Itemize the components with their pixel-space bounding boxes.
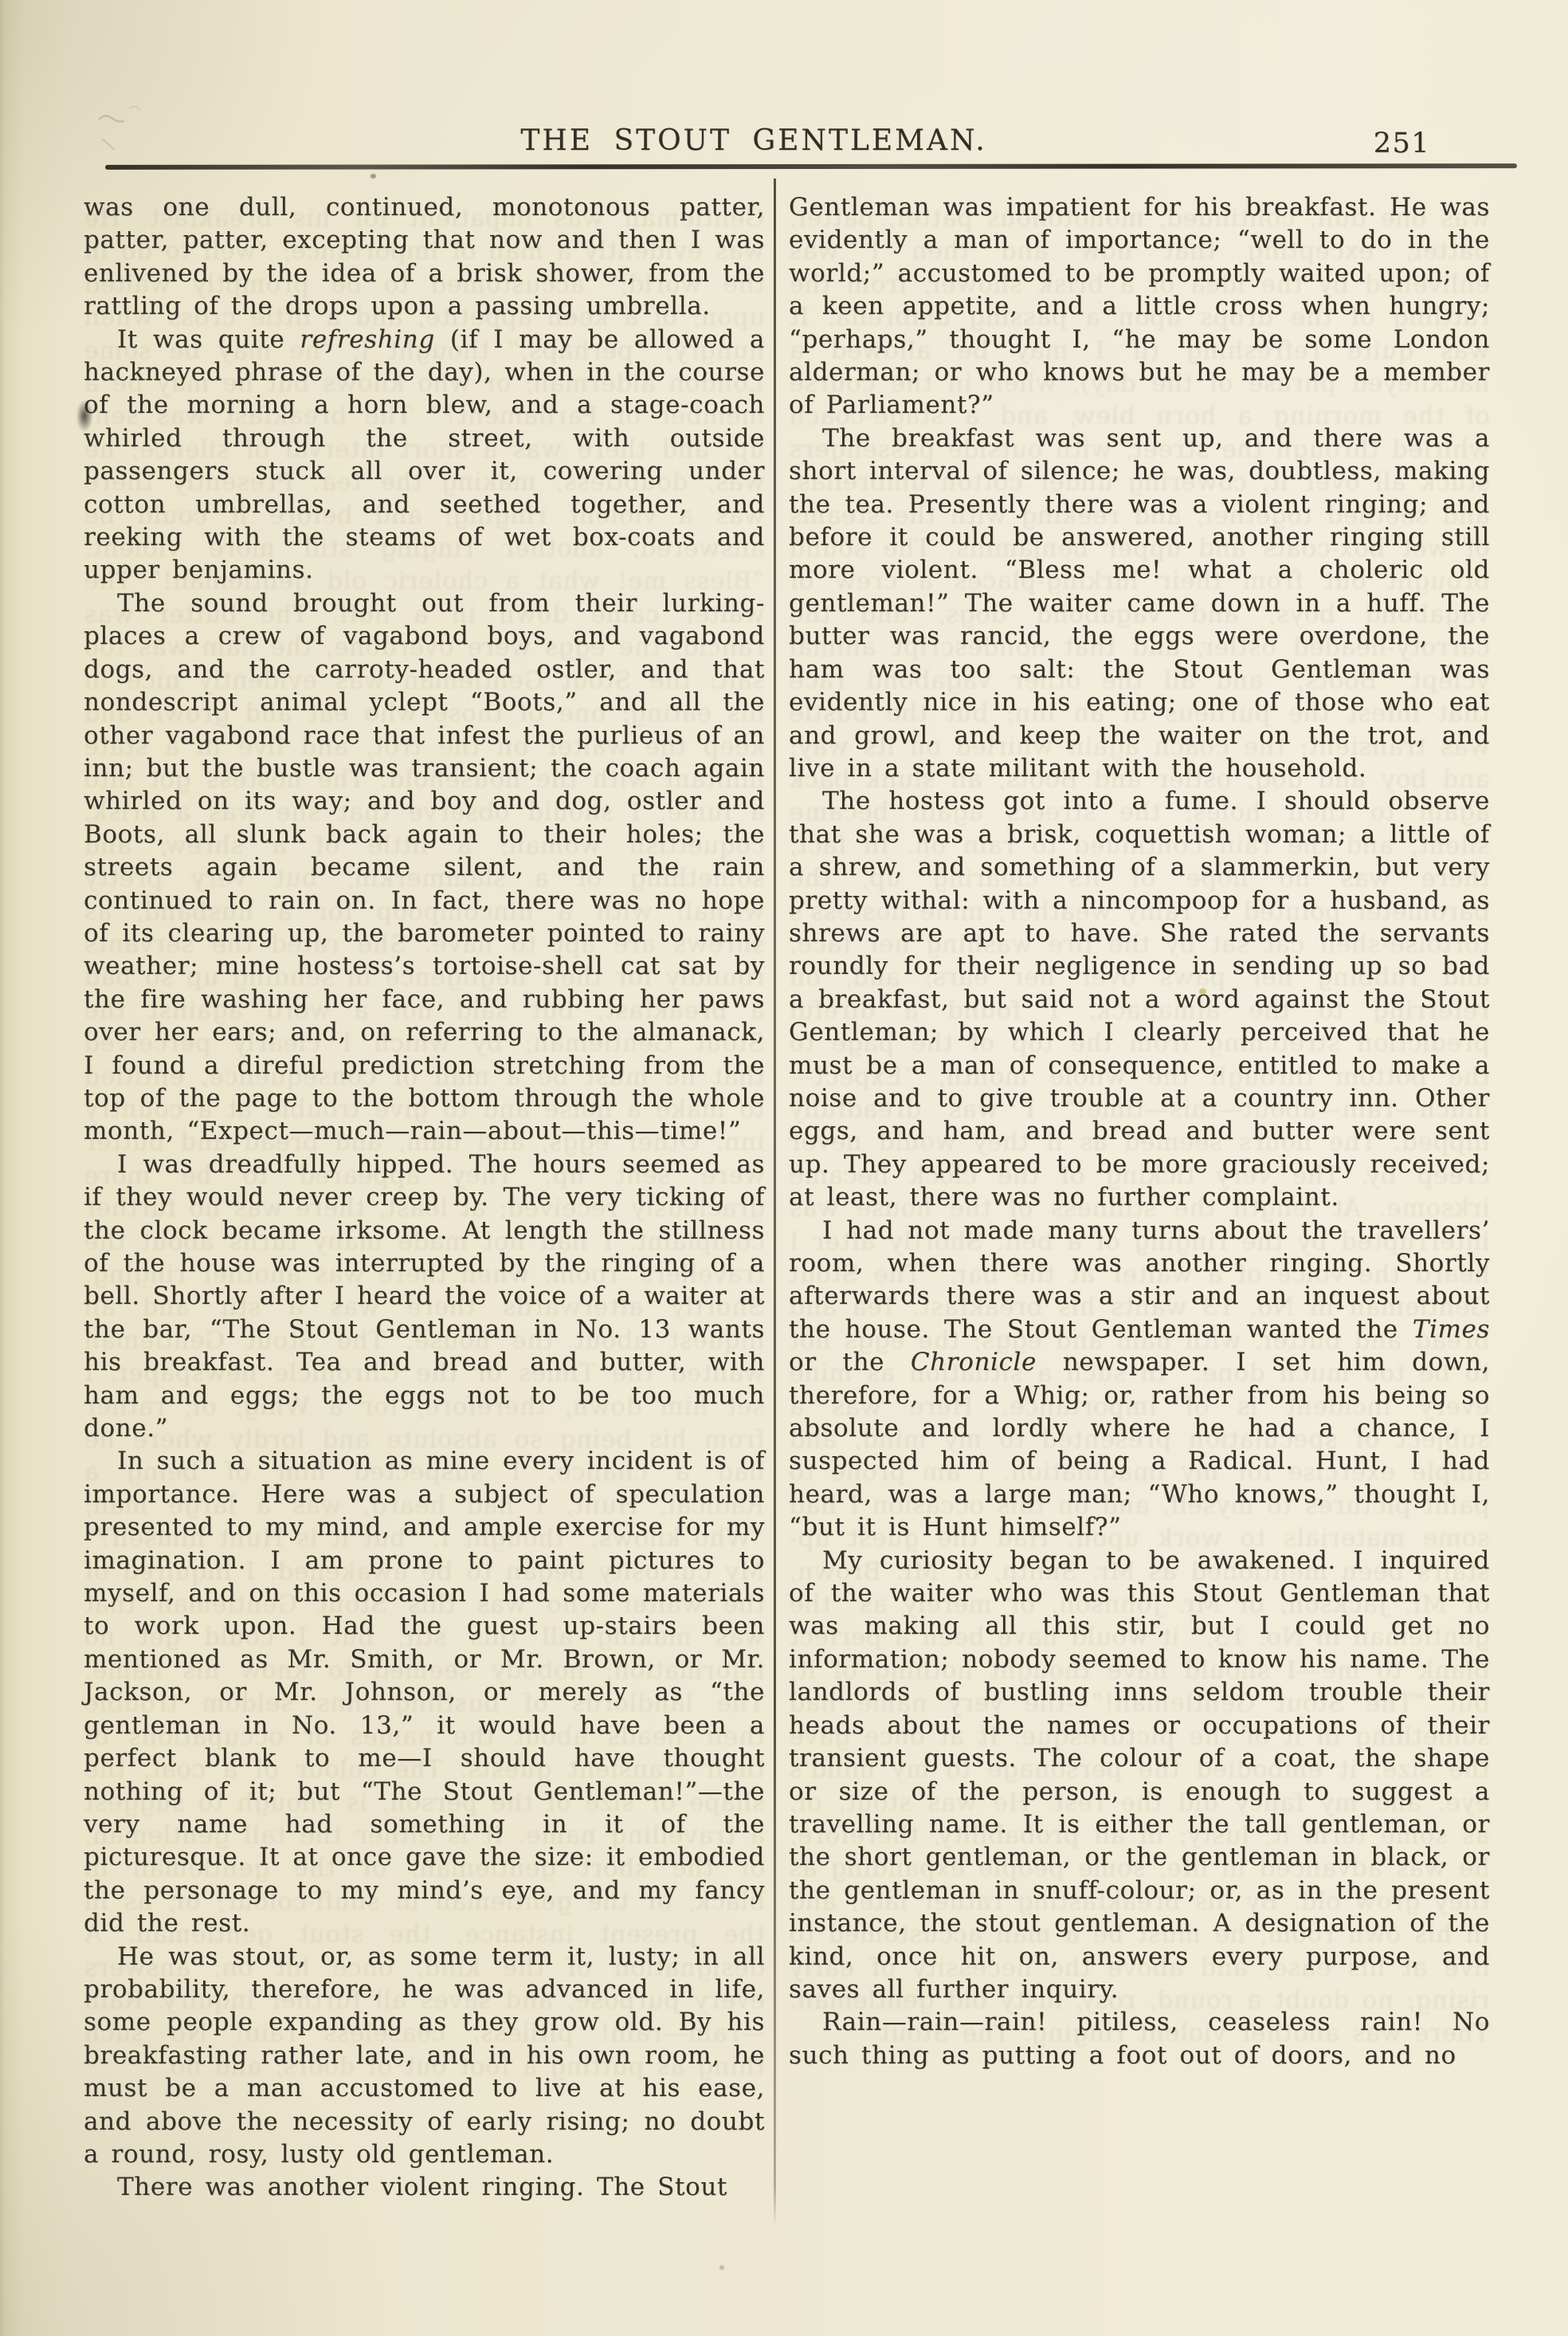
italic-text: Times <box>1413 1315 1490 1344</box>
pencil-marks <box>88 46 215 158</box>
paragraph: There was another violent ringing. The S… <box>84 2171 765 2204</box>
paragraph: The hostess got into a fume. I should ob… <box>789 785 1490 1214</box>
page-title: THE STOUT GENTLEMAN. <box>0 124 1507 157</box>
header-rule <box>105 163 1517 170</box>
column-divider <box>774 179 776 2227</box>
paragraph: was one dull, continued, monotonous patt… <box>84 191 765 324</box>
paragraph: Gentleman was impatient for his breakfas… <box>789 191 1490 422</box>
paragraph: The sound brought out from their lurking… <box>84 587 765 1148</box>
page-number: 251 <box>1374 128 1430 159</box>
paper-speck <box>1199 988 1206 995</box>
right-column: Gentleman was impatient for his breakfas… <box>789 191 1490 2072</box>
paragraph: He was stout, or, as some term it, lusty… <box>84 1941 765 2172</box>
paragraph: The breakfast was sent up, and there was… <box>789 422 1490 785</box>
paragraph: I was dreadfully hipped. The hours seeme… <box>84 1148 765 1446</box>
paper-speck <box>370 174 376 179</box>
italic-text: refreshing <box>300 325 434 354</box>
paragraph: It was quite refreshing (if I may be all… <box>84 324 765 587</box>
paragraph: In such a situation as mine every incide… <box>84 1445 765 1940</box>
paragraph: I had not made many turns about the trav… <box>789 1215 1490 1545</box>
paragraph: My curiosity began to be awakened. I inq… <box>789 1545 1490 2007</box>
book-page: Gentleman was impatient for his breakfas… <box>0 0 1568 2336</box>
paper-speck <box>719 2265 724 2270</box>
italic-text: Chronicle <box>911 1348 1037 1376</box>
ink-smudge <box>76 400 92 432</box>
left-column: was one dull, continued, monotonous patt… <box>84 191 765 2204</box>
paragraph: Rain—rain—rain! pitiless, ceaseless rain… <box>789 2006 1490 2072</box>
